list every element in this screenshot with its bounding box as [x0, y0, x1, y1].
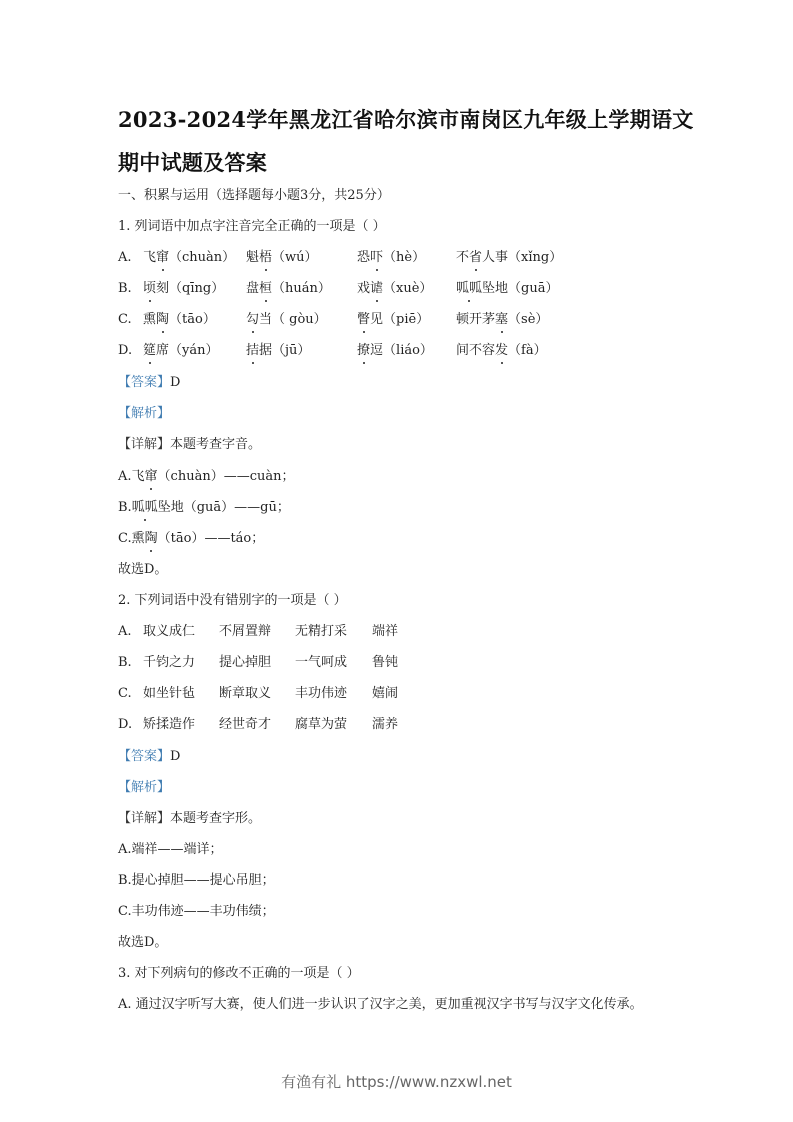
- option-label: A.: [118, 624, 132, 640]
- option-word: 矫揉造作: [143, 717, 195, 733]
- pinyin: （guā）: [508, 281, 558, 296]
- q1-detail: 【详解】本题考查字音。: [118, 437, 261, 453]
- q2-conclusion: 故选D。: [118, 935, 167, 951]
- option-word: 腐草为萤: [295, 717, 347, 733]
- q1-conclusion: 故选D。: [118, 562, 167, 578]
- pinyin: （huán）: [272, 281, 331, 296]
- option-item: 熏陶（tāo）: [143, 312, 216, 328]
- exp-pre: A.飞: [118, 469, 145, 484]
- option-label: D.: [118, 343, 132, 359]
- word-post: 人事: [482, 250, 508, 265]
- footer-watermark: 有渔有礼 https://www.nzxwl.net: [0, 1071, 793, 1092]
- section-heading: 一、积累与运用（选择题每小题3分，共25分）: [118, 188, 390, 204]
- dotted-char: 拮: [246, 343, 259, 359]
- option-label: B.: [118, 281, 132, 297]
- q2-stem: 2. 下列词语中没有错别字的一项是（ ）: [118, 593, 347, 609]
- answer-tag: 【答案】: [118, 375, 170, 390]
- q3-option-a: A. 通过汉字听写大赛，使人们进一步认识了汉字之美，更加重视汉字书写与汉字文化传…: [118, 997, 643, 1013]
- option-word: 经世奇才: [219, 717, 271, 733]
- option-label: C.: [118, 686, 132, 702]
- pinyin: （qīng）: [169, 281, 224, 296]
- option-item: 魁梧（wú）: [246, 250, 318, 266]
- word-post: 逗: [370, 343, 383, 358]
- dotted-char: 桓: [259, 281, 272, 297]
- option-label: B.: [118, 655, 132, 671]
- option-item: 盘桓（huán）: [246, 281, 331, 297]
- detail-text: 本题考查字音。: [170, 437, 261, 452]
- word-pre: 间不容: [456, 343, 495, 358]
- q2-explanation: A.端祥——端详；: [118, 842, 223, 858]
- option-item: 飞窜（chuàn）: [143, 250, 235, 266]
- q2-answer: 【答案】D: [118, 749, 180, 765]
- option-item: 间不容发（fà）: [456, 343, 547, 359]
- detail-tag: 【详解】: [118, 437, 170, 452]
- word-pre: 熏: [143, 312, 156, 327]
- pinyin: （jū）: [272, 343, 310, 358]
- dotted-char: 瞥: [357, 312, 370, 328]
- option-item: 戏谑（xuè）: [357, 281, 432, 297]
- q1-explanation: A.飞窜（chuàn）——cuàn；: [118, 469, 294, 485]
- pinyin: （wú）: [272, 250, 318, 265]
- word-post: 见: [370, 312, 383, 327]
- option-word: 取义成仁: [143, 624, 195, 640]
- option-word: 鲁钝: [372, 655, 398, 671]
- analysis-tag: 【解析】: [118, 406, 170, 421]
- pinyin: （sè）: [508, 312, 548, 327]
- word-post: 席: [156, 343, 169, 358]
- word-pre: 顿开茅: [456, 312, 495, 327]
- q1-explanation: B.呱呱坠地（guā）——gū；: [118, 500, 290, 516]
- dotted-char: 勾: [246, 312, 259, 328]
- dotted-char: 呱呱: [456, 281, 482, 297]
- q1-analysis-tag: 【解析】: [118, 406, 170, 422]
- word-post: 当: [259, 312, 272, 327]
- word-pre: 飞: [143, 250, 156, 265]
- q1-answer: 【答案】D: [118, 375, 180, 391]
- q2-detail: 【详解】本题考查字形。: [118, 811, 261, 827]
- pinyin: （chuàn）: [169, 250, 235, 265]
- option-label: D.: [118, 717, 132, 733]
- option-item: 不省人事（xǐng）: [456, 250, 562, 266]
- word-post: 坠地: [482, 281, 508, 296]
- analysis-tag: 【解析】: [118, 780, 170, 795]
- pinyin: （yán）: [169, 343, 218, 358]
- pinyin: （xuè）: [383, 281, 432, 296]
- option-word: 千钧之力: [143, 655, 195, 671]
- document-title-line1: 2023-2024学年黑龙江省哈尔滨市南岗区九年级上学期语文: [118, 104, 698, 134]
- option-item: 勾当（ gòu）: [246, 312, 327, 328]
- exp-pre: B.: [118, 500, 132, 515]
- option-item: 恐吓（hè）: [357, 250, 425, 266]
- detail-text: 本题考查字形。: [170, 811, 261, 826]
- word-post: 刻: [156, 281, 169, 296]
- detail-tag: 【详解】: [118, 811, 170, 826]
- document-page: 2023-2024学年黑龙江省哈尔滨市南岗区九年级上学期语文 期中试题及答案 一…: [0, 0, 793, 1122]
- option-item: 拮据（jū）: [246, 343, 310, 359]
- answer-value: D: [170, 375, 180, 390]
- answer-tag: 【答案】: [118, 749, 170, 764]
- exp-post: （chuàn）——cuàn；: [158, 469, 295, 484]
- option-label: A.: [118, 250, 132, 266]
- dotted-char: 陶: [156, 312, 169, 328]
- word-pre: 不: [456, 250, 469, 265]
- q3-stem: 3. 对下列病句的修改不正确的一项是（ ）: [118, 966, 360, 982]
- option-word: 端祥: [372, 624, 398, 640]
- dotted-char: 顷: [143, 281, 156, 297]
- q2-explanation: C.丰功伟迹——丰功伟绩；: [118, 904, 275, 920]
- dotted-char: 呱呱: [132, 500, 158, 516]
- word-pre: 戏: [357, 281, 370, 296]
- option-label: C.: [118, 312, 132, 328]
- option-word: 断章取义: [219, 686, 271, 702]
- option-item: 顷刻（qīng）: [143, 281, 224, 297]
- dotted-char: 撩: [357, 343, 370, 359]
- q1-explanation: C.熏陶（tāo）——táo；: [118, 531, 264, 547]
- dotted-char: 窜: [156, 250, 169, 266]
- exp-pre: C.熏: [118, 531, 145, 546]
- option-word: 嬉闹: [372, 686, 398, 702]
- option-word: 不屑置辩: [219, 624, 271, 640]
- word-post: 据: [259, 343, 272, 358]
- dotted-char: 窜: [145, 469, 158, 485]
- dotted-char: 陶: [145, 531, 158, 547]
- pinyin: （ gòu）: [272, 312, 327, 327]
- document-title-line2: 期中试题及答案: [118, 147, 698, 177]
- option-item: 撩逗（liáo）: [357, 343, 433, 359]
- option-item: 顿开茅塞（sè）: [456, 312, 548, 328]
- pinyin: （fà）: [508, 343, 547, 358]
- pinyin: （piē）: [383, 312, 429, 327]
- word-pre: 恐: [357, 250, 370, 265]
- dotted-char: 梧: [259, 250, 272, 266]
- dotted-char: 塞: [495, 312, 508, 328]
- option-word: 如坐针毡: [143, 686, 195, 702]
- option-word: 一气呵成: [295, 655, 347, 671]
- option-word: 无精打采: [295, 624, 347, 640]
- word-pre: 盘: [246, 281, 259, 296]
- option-word: 提心掉胆: [219, 655, 271, 671]
- pinyin: （hè）: [383, 250, 425, 265]
- word-pre: 魁: [246, 250, 259, 265]
- pinyin: （liáo）: [383, 343, 433, 358]
- option-item: 瞥见（piē）: [357, 312, 429, 328]
- exp-post: （tāo）——táo；: [158, 531, 265, 546]
- option-word: 丰功伟迹: [295, 686, 347, 702]
- dotted-char: 谑: [370, 281, 383, 297]
- dotted-char: 发: [495, 343, 508, 359]
- dotted-char: 吓: [370, 250, 383, 266]
- q2-explanation: B.提心掉胆——提心吊胆；: [118, 873, 275, 889]
- q1-stem: 1. 列词语中加点字注音完全正确的一项是（ ）: [118, 219, 386, 235]
- option-word: 濡养: [372, 717, 398, 733]
- answer-value: D: [170, 749, 180, 764]
- option-item: 呱呱坠地（guā）: [456, 281, 558, 297]
- exp-post: 坠地（guā）——gū；: [158, 500, 290, 515]
- q2-analysis-tag: 【解析】: [118, 780, 170, 796]
- dotted-char: 筵: [143, 343, 156, 359]
- pinyin: （tāo）: [169, 312, 216, 327]
- dotted-char: 省: [469, 250, 482, 266]
- pinyin: （xǐng）: [508, 250, 562, 265]
- option-item: 筵席（yán）: [143, 343, 219, 359]
